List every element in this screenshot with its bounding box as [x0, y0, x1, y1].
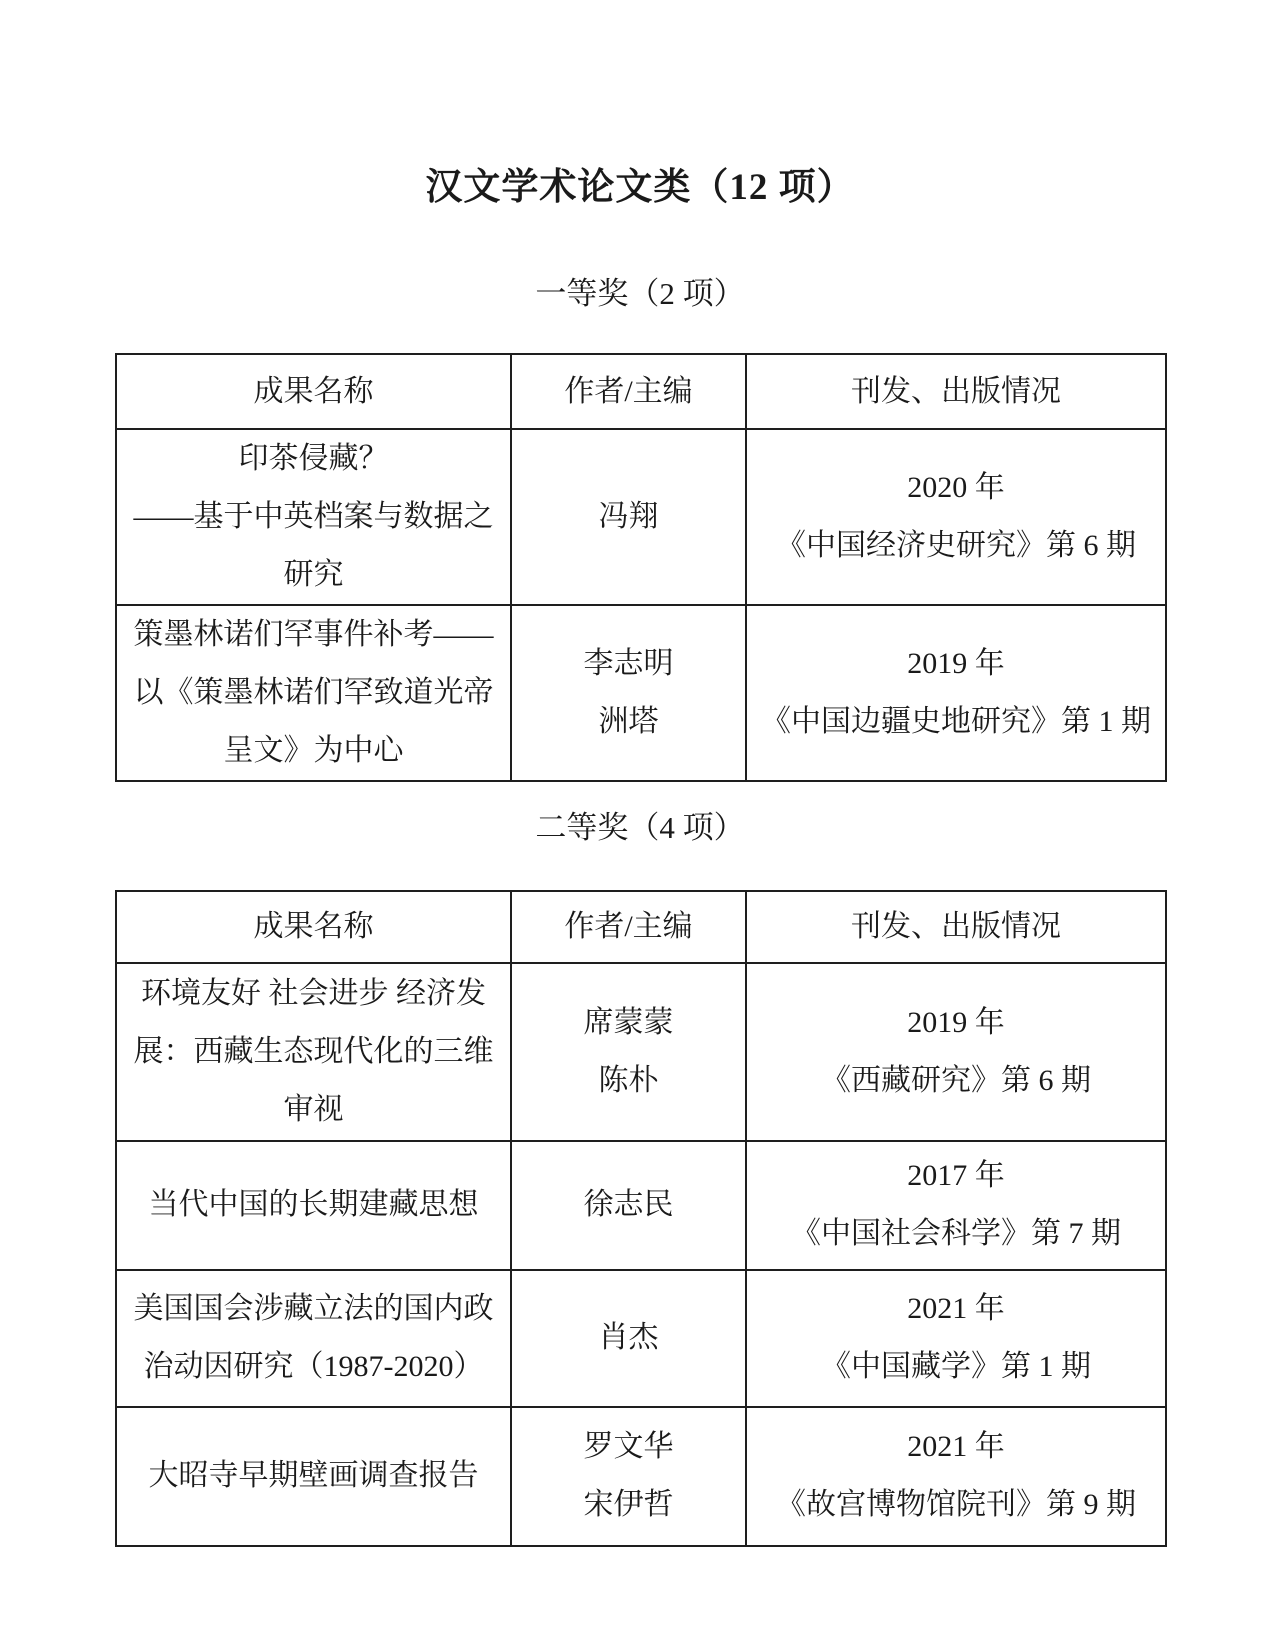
- cell-publication: 2021 年 《故宫博物馆院刊》第 9 期: [746, 1407, 1166, 1546]
- cell-author: 肖杰: [511, 1270, 746, 1407]
- table-header-row: 成果名称 作者/主编 刊发、出版情况: [116, 891, 1166, 963]
- cell-publication: 2017 年 《中国社会科学》第 7 期: [746, 1141, 1166, 1270]
- table-row: 印茶侵藏？ ——基于中英档案与数据之 研究 冯翔 2020 年 《中国经济史研究…: [116, 429, 1166, 605]
- cell-name: 环境友好 社会进步 经济发 展：西藏生态现代化的三维 审视: [116, 963, 511, 1141]
- table-row: 当代中国的长期建藏思想 徐志民 2017 年 《中国社会科学》第 7 期: [116, 1141, 1166, 1270]
- table-row: 环境友好 社会进步 经济发 展：西藏生态现代化的三维 审视 席蒙蒙 陈朴 201…: [116, 963, 1166, 1141]
- header-cell-author: 作者/主编: [511, 354, 746, 429]
- cell-publication: 2021 年 《中国藏学》第 1 期: [746, 1270, 1166, 1407]
- cell-publication: 2019 年 《西藏研究》第 6 期: [746, 963, 1166, 1141]
- second-prize-table: 成果名称 作者/主编 刊发、出版情况 环境友好 社会进步 经济发 展：西藏生态现…: [115, 890, 1167, 1547]
- first-prize-table: 成果名称 作者/主编 刊发、出版情况 印茶侵藏？ ——基于中英档案与数据之 研究…: [115, 353, 1167, 782]
- cell-name: 当代中国的长期建藏思想: [116, 1141, 511, 1270]
- cell-publication: 2020 年 《中国经济史研究》第 6 期: [746, 429, 1166, 605]
- section-heading-second-prize: 二等奖（4 项）: [115, 810, 1165, 846]
- header-cell-publication: 刊发、出版情况: [746, 891, 1166, 963]
- section-heading-first-prize: 一等奖（2 项）: [115, 276, 1165, 312]
- cell-author: 席蒙蒙 陈朴: [511, 963, 746, 1141]
- cell-name: 印茶侵藏？ ——基于中英档案与数据之 研究: [116, 429, 511, 605]
- table-row: 策墨林诺们罕事件补考—— 以《策墨林诺们罕致道光帝 呈文》为中心 李志明 洲塔 …: [116, 605, 1166, 781]
- cell-author: 罗文华 宋伊哲: [511, 1407, 746, 1546]
- cell-author: 李志明 洲塔: [511, 605, 746, 781]
- table-row: 大昭寺早期壁画调查报告 罗文华 宋伊哲 2021 年 《故宫博物馆院刊》第 9 …: [116, 1407, 1166, 1546]
- cell-name: 美国国会涉藏立法的国内政 治动因研究（1987-2020）: [116, 1270, 511, 1407]
- page-title: 汉文学术论文类（12 项）: [115, 0, 1165, 210]
- cell-author: 徐志民: [511, 1141, 746, 1270]
- header-cell-name: 成果名称: [116, 891, 511, 963]
- cell-name: 策墨林诺们罕事件补考—— 以《策墨林诺们罕致道光帝 呈文》为中心: [116, 605, 511, 781]
- header-cell-author: 作者/主编: [511, 891, 746, 963]
- table-row: 美国国会涉藏立法的国内政 治动因研究（1987-2020） 肖杰 2021 年 …: [116, 1270, 1166, 1407]
- cell-name: 大昭寺早期壁画调查报告: [116, 1407, 511, 1546]
- table-header-row: 成果名称 作者/主编 刊发、出版情况: [116, 354, 1166, 429]
- cell-publication: 2019 年 《中国边疆史地研究》第 1 期: [746, 605, 1166, 781]
- cell-author: 冯翔: [511, 429, 746, 605]
- header-cell-publication: 刊发、出版情况: [746, 354, 1166, 429]
- document-page: 汉文学术论文类（12 项） 一等奖（2 项） 成果名称 作者/主编 刊发、出版情…: [115, 0, 1165, 1547]
- header-cell-name: 成果名称: [116, 354, 511, 429]
